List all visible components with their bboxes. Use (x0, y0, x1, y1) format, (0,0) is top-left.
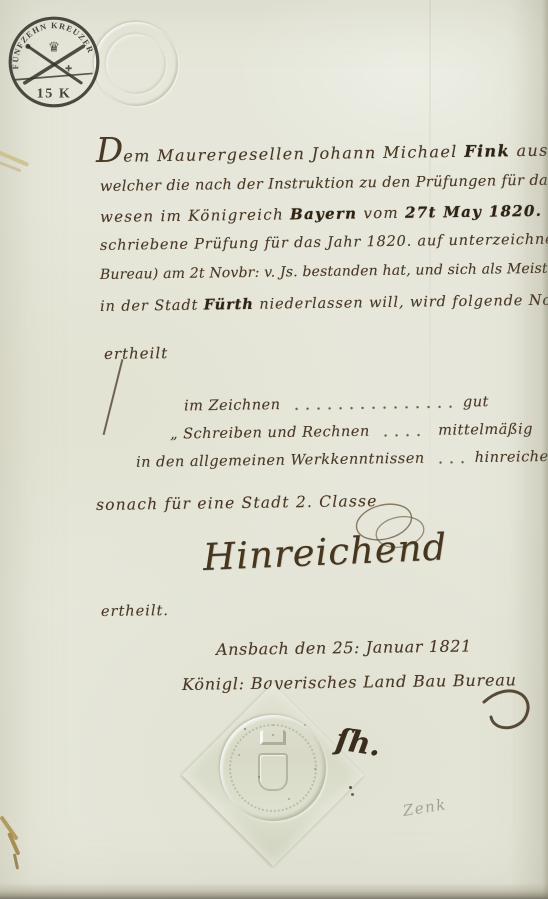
document-scan: FÜNFZEHN KREUZER ♛ 15 K Dem Maurergesell… (0, 0, 548, 899)
page-right-edge (542, 0, 548, 899)
closing-dateline: Ansbach den 25: Januar 1821 (216, 636, 472, 659)
person-name: Fink (464, 141, 510, 161)
body-line-6-text: niederlassen will, wird folgende Note (254, 292, 548, 312)
dotted-leader (435, 458, 465, 466)
decree-date: 27t May 1820. (405, 202, 542, 222)
verdict-outro: ertheilt. (101, 603, 169, 620)
stamp-value: 15 K (37, 85, 72, 101)
body-line-6-text: in der Stadt (100, 298, 204, 315)
grade-subject: „ Schreiben und Rechnen (170, 424, 370, 443)
body-line-3: wesen im Königreich Bayern vom 27t May 1… (100, 201, 548, 226)
pencil-annotation: Zenk (402, 795, 448, 820)
dotted-leader (380, 431, 429, 440)
grade-row: „ Schreiben und Rechnen mittelmäßig (170, 421, 533, 442)
seal-specks (244, 728, 246, 730)
grade-value: gut (463, 394, 533, 411)
body-line-7: ertheilt (104, 344, 168, 363)
stamp-chord-line (15, 73, 92, 79)
stamp-crown-icon: ♛ (48, 40, 60, 56)
grade-subject: im Zeichnen (184, 397, 281, 414)
grade-row: im Zeichnen gut (184, 394, 533, 415)
dotted-leader (291, 403, 454, 413)
revenue-stamp: FÜNFZEHN KREUZER ♛ 15 K (6, 14, 102, 110)
fold-crease (429, 0, 431, 520)
seal-crown-icon (260, 730, 286, 745)
body-line-6: in der Stadt Fürth niederlassen will, wi… (100, 291, 548, 315)
wafer-seal (186, 682, 360, 868)
binding-thread (13, 853, 19, 869)
verdict-intro: sonach für eine Stadt 2. Classe (96, 492, 378, 514)
signature-paraph: ſh. (333, 722, 383, 764)
body-line-1: Dem Maurergesellen Johann Michael Fink a… (96, 134, 548, 166)
blind-emboss-seal-inner-ring (106, 34, 166, 94)
stamp-cross-icon (65, 65, 71, 71)
body-line-3-text: vom (357, 204, 405, 223)
paraph-colon-dots (349, 786, 352, 789)
body-line-4: schriebene Prüfung für das Jahr 1820. au… (100, 231, 548, 254)
body-line-1-text: Dem Maurergesellen Johann Michael (96, 142, 464, 166)
grade-value: hinreichend (475, 449, 545, 466)
stamp-scepter-knob (25, 44, 30, 49)
grade-row: in den allgemeinen Werkkenntnissen hinre… (136, 449, 533, 471)
page-bottom-edge (0, 883, 548, 899)
ink-flourish (103, 359, 123, 435)
body-line-3-text: wesen im Königreich (100, 205, 290, 226)
office-flourish (478, 686, 538, 736)
body-line-5: Bureau) am 2t Novbr: v. Js. bestanden ha… (100, 261, 548, 283)
grade-subject: in den allgemeinen Werkkenntnissen (136, 451, 425, 471)
verdict-word: Hinreichend (202, 525, 448, 579)
kingdom-name: Bayern (290, 204, 358, 223)
place-name: Fürth (204, 296, 254, 314)
grade-value: mittelmäßig (438, 421, 533, 438)
body-line-2: welcher die nach der Instruktion zu den … (100, 172, 548, 195)
seal-shield-icon (258, 753, 288, 791)
